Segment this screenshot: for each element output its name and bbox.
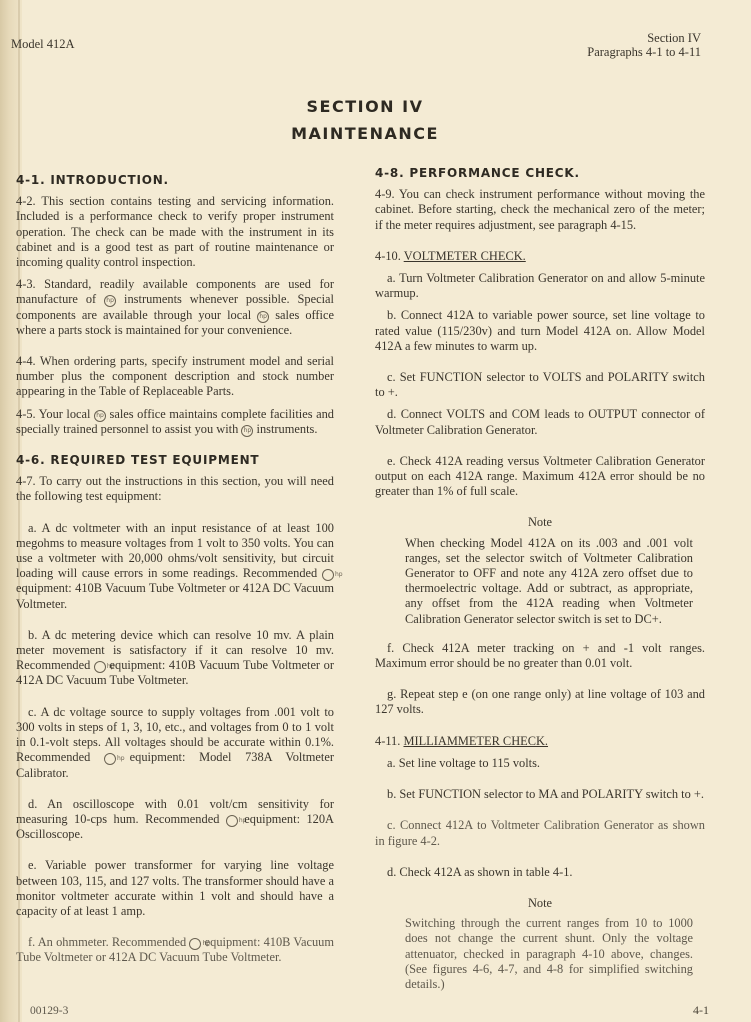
voltmeter-step-a: a. Turn Voltmeter Calibration Generator …	[375, 271, 705, 301]
left-column: 4-1. INTRODUCTION. 4-2. This section con…	[16, 173, 334, 973]
hp-logo-icon: hp	[226, 815, 238, 827]
hp-logo-icon: hp	[94, 410, 106, 422]
heading-milliammeter-check: 4-11. MILLIAMMETER CHECK.	[375, 734, 705, 749]
section-title: SECTION IV	[0, 97, 730, 116]
heading-introduction: 4-1. INTRODUCTION.	[16, 173, 334, 188]
hp-logo-icon: hp	[104, 753, 116, 765]
right-column: 4-8. PERFORMANCE CHECK. 4-9. You can che…	[375, 166, 705, 1006]
document-number: 00129-3	[30, 1005, 68, 1017]
milliammeter-step-b: b. Set FUNCTION selector to MA and POLAR…	[375, 787, 705, 802]
voltmeter-step-g: g. Repeat step e (on one range only) at …	[375, 687, 705, 717]
heading-voltmeter-check: 4-10. VOLTMETER CHECK.	[375, 249, 705, 264]
paragraph-4-2: 4-2. This section contains testing and s…	[16, 194, 334, 270]
hp-logo-icon: hp	[322, 569, 334, 581]
hp-logo-icon: hp	[104, 295, 116, 307]
milliammeter-step-c: c. Connect 412A to Voltmeter Calibration…	[375, 818, 705, 848]
equipment-item-c: c. A dc voltage source to supply voltage…	[16, 705, 334, 781]
milliammeter-step-a: a. Set line voltage to 115 volts.	[375, 756, 705, 771]
heading-required-test-equipment: 4-6. REQUIRED TEST EQUIPMENT	[16, 453, 334, 468]
page-number: 4-1	[693, 1003, 709, 1018]
section-subtitle: MAINTENANCE	[0, 124, 730, 143]
equipment-item-e: e. Variable power transformer for varyin…	[16, 858, 334, 919]
voltmeter-step-d: d. Connect VOLTS and COM leads to OUTPUT…	[375, 407, 705, 437]
hp-logo-icon: hp	[257, 311, 269, 323]
paragraph-4-5: 4-5. Your local hp sales office maintain…	[16, 407, 334, 437]
header-model: Model 412A	[11, 37, 75, 52]
header-section-info: Section IV Paragraphs 4-1 to 4-11	[587, 31, 701, 59]
hp-logo-icon: hp	[189, 938, 201, 950]
equipment-item-f: f. An ohmmeter. Recommended hp equipment…	[16, 935, 334, 965]
note-body-thermoelectric: When checking Model 412A on its .003 and…	[405, 536, 693, 627]
paragraph-4-3: 4-3. Standard, readily available compone…	[16, 277, 334, 338]
equipment-item-a: a. A dc voltmeter with an input resistan…	[16, 521, 334, 612]
note-title: Note	[375, 896, 705, 911]
header-section: Section IV	[587, 31, 701, 45]
heading-performance-check: 4-8. PERFORMANCE CHECK.	[375, 166, 705, 181]
voltmeter-step-e: e. Check 412A reading versus Voltmeter C…	[375, 454, 705, 500]
voltmeter-step-c: c. Set FUNCTION selector to VOLTS and PO…	[375, 370, 705, 400]
voltmeter-step-b: b. Connect 412A to variable power source…	[375, 308, 705, 354]
paragraph-4-9: 4-9. You can check instrument performanc…	[375, 187, 705, 233]
equipment-item-b: b. A dc metering device which can resolv…	[16, 628, 334, 689]
voltmeter-step-f: f. Check 412A meter tracking on + and -1…	[375, 641, 705, 671]
hp-logo-icon: hp	[94, 661, 106, 673]
note-title: Note	[375, 515, 705, 530]
milliammeter-step-d: d. Check 412A as shown in table 4-1.	[375, 865, 705, 880]
note-body-current-ranges: Switching through the current ranges fro…	[405, 916, 693, 992]
hp-logo-icon: hp	[241, 425, 253, 437]
paragraph-4-4: 4-4. When ordering parts, specify instru…	[16, 354, 334, 400]
equipment-item-d: d. An oscilloscope with 0.01 volt/cm sen…	[16, 797, 334, 843]
paragraph-4-7: 4-7. To carry out the instructions in th…	[16, 474, 334, 504]
header-paragraphs: Paragraphs 4-1 to 4-11	[587, 45, 701, 59]
